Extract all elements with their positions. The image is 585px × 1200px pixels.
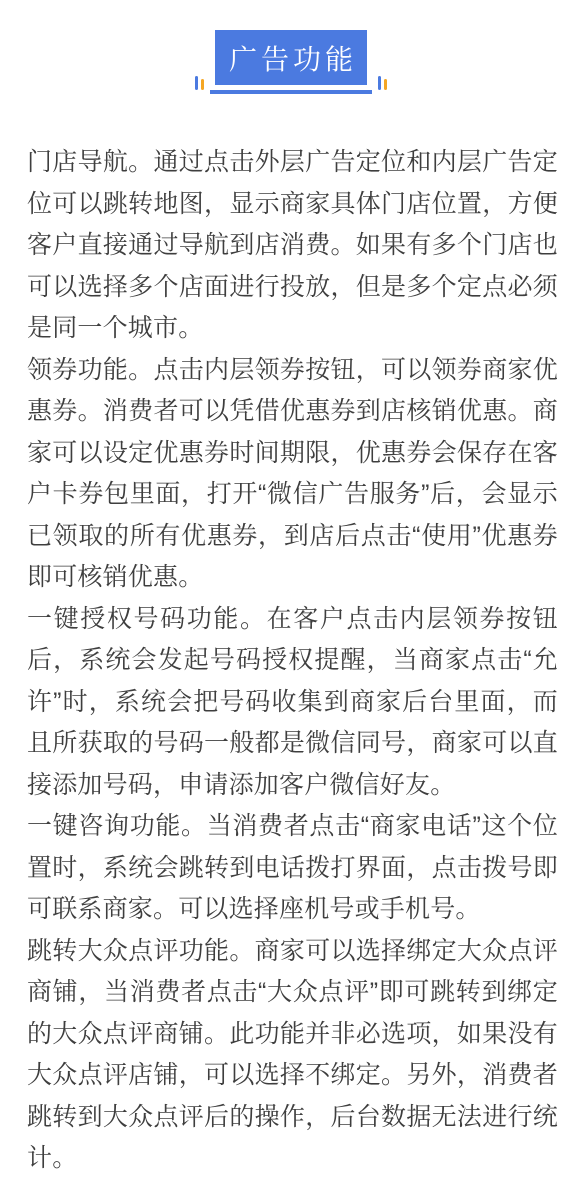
tick-orange-left-icon [201,79,204,90]
paragraph-coupon-feature: 领券功能。点击内层领券按钮，可以领券商家优惠券。消费者可以凭借优惠券到店核销优惠… [27,350,558,599]
tick-blue-right-icon [378,76,381,90]
paragraph-dianping-redirect: 跳转大众点评功能。商家可以选择绑定大众点评商铺，当消费者点击“大众点评”即可跳转… [27,931,558,1180]
paragraph-store-navigation: 门店导航。通过点击外层广告定位和内层广告定位可以跳转地图，显示商家具体门店位置，… [27,142,558,350]
paragraph-one-click-inquiry: 一键咨询功能。当消费者点击“商家电话”这个位置时，系统会跳转到电话拨打界面，点击… [27,806,558,931]
title-underline [210,90,372,94]
paragraph-phone-authorization: 一键授权号码功能。在客户点击内层领券按钮后，系统会发起号码授权提醒，当商家点击“… [27,599,558,807]
tick-orange-right-icon [384,79,387,90]
section-title-badge: 广告功能 [215,30,367,85]
article-body: 门店导航。通过点击外层广告定位和内层广告定位可以跳转地图，显示商家具体门店位置，… [27,142,558,1180]
tick-blue-left-icon [195,76,198,90]
title-area: 广告功能 [0,0,585,122]
